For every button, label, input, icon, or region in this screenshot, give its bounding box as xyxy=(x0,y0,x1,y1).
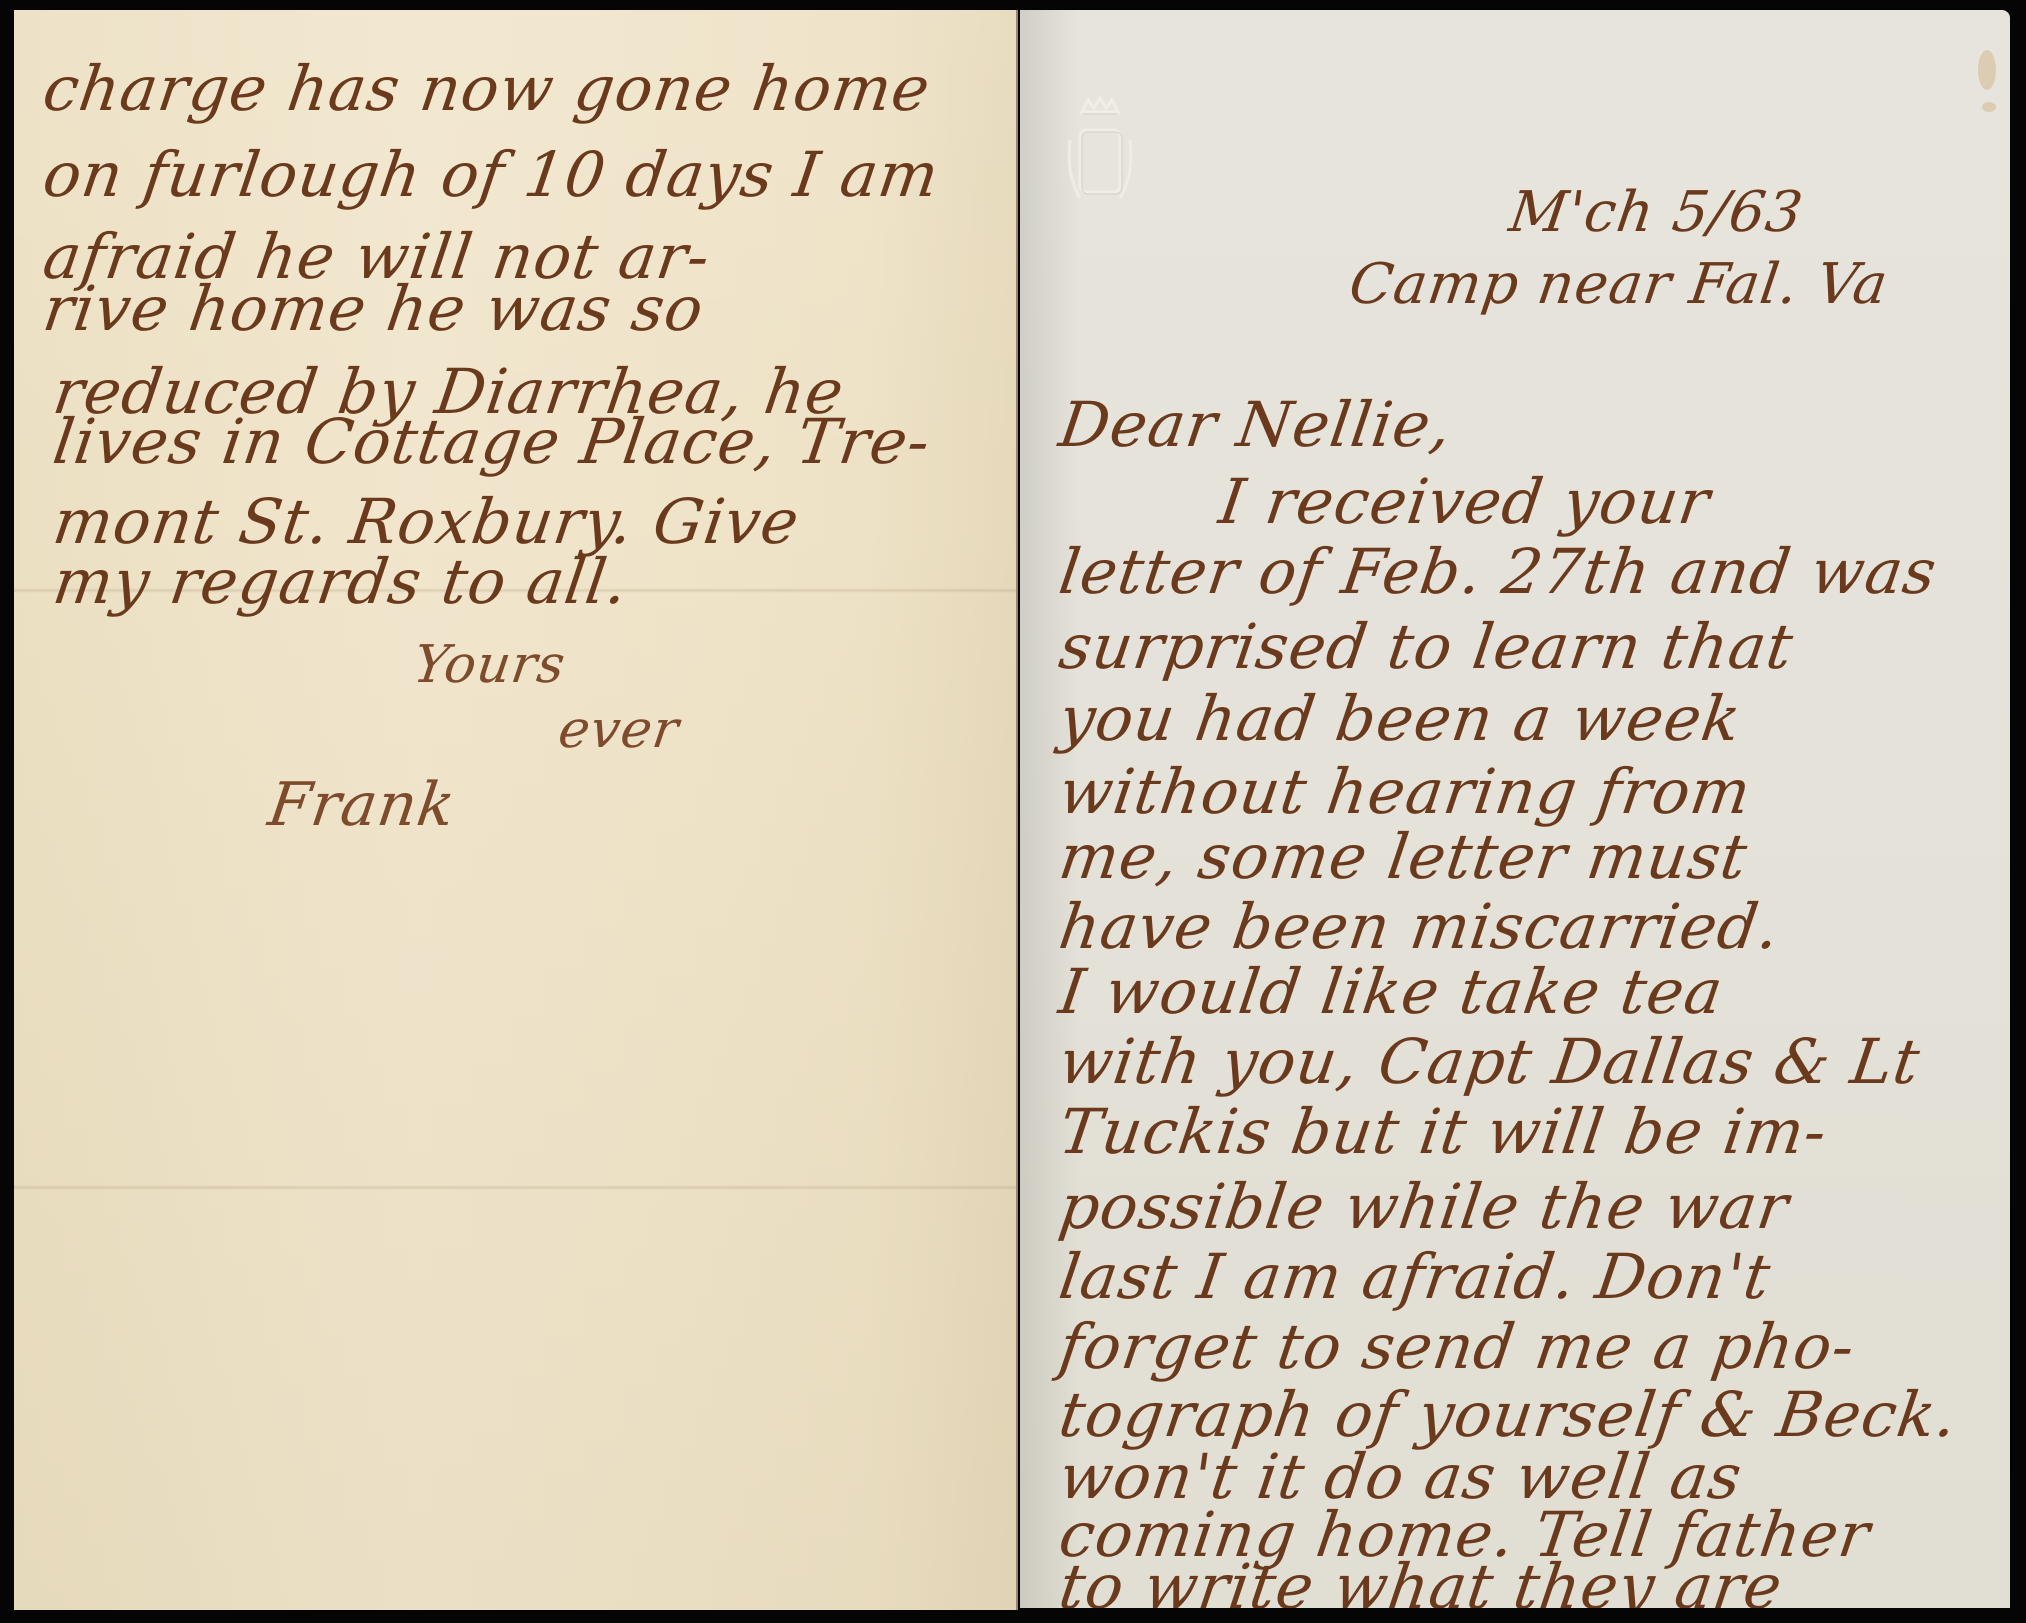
letter-line: you had been a week xyxy=(1055,682,1746,755)
embossed-crest-icon xyxy=(1060,80,1140,220)
letter-line: charge has now gone home xyxy=(39,52,935,125)
letter-line: surprised to learn that xyxy=(1055,610,1798,683)
closing-yours: Yours xyxy=(410,635,570,695)
paper-stain xyxy=(1978,50,1996,90)
letter-line: last I am afraid. Don't xyxy=(1055,1240,1776,1313)
letter-line: have been miscarried. xyxy=(1055,890,1785,963)
letter-salutation: Dear Nellie, xyxy=(1055,388,1457,461)
letter-line: forget to send me a pho- xyxy=(1055,1310,1860,1383)
letter-line: I received your xyxy=(1215,465,1715,538)
letter-line: possible while the war xyxy=(1055,1170,1794,1243)
letter-line: me, some letter must xyxy=(1055,820,1752,893)
letter-line: letter of Feb. 27th and was xyxy=(1055,535,1942,608)
letter-line: with you, Capt Dallas & Lt xyxy=(1055,1025,1925,1098)
letter-location: Camp near Fal. Va xyxy=(1345,252,1892,317)
letter-line: lives in Cottage Place, Tre- xyxy=(49,405,935,478)
letter-line: Tuckis but it will be im- xyxy=(1055,1095,1832,1168)
letter-page-right: M'ch 5/63 Camp near Fal. Va Dear Nellie,… xyxy=(1020,10,2010,1608)
signature: Frank xyxy=(264,770,460,840)
letter-line: to write what they are xyxy=(1055,1550,1787,1608)
letter-line: my regards to all. xyxy=(49,545,633,618)
closing-ever: ever xyxy=(555,700,683,760)
letter-line: I would like take tea xyxy=(1055,955,1728,1028)
letter-line: rive home he was so xyxy=(39,272,709,345)
paper-stain xyxy=(1982,102,1996,112)
paper-fold-line xyxy=(14,1185,1016,1190)
letter-line: on furlough of 10 days I am xyxy=(39,138,944,211)
letter-date: M'ch 5/63 xyxy=(1505,180,1807,245)
letter-line: without hearing from xyxy=(1055,755,1756,828)
letter-page-left: charge has now gone home on furlough of … xyxy=(14,10,1018,1610)
